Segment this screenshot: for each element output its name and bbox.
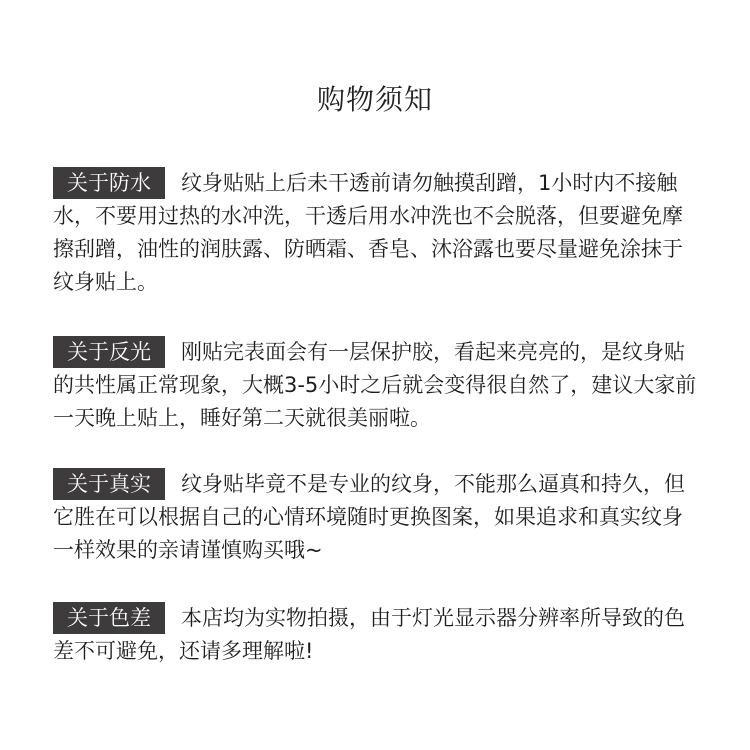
section-label-badge: 关于反光: [53, 336, 165, 368]
section-waterproof: 关于防水纹身贴贴上后未干透前请勿触摸刮蹭，1小时内不接触水，不要用过热的水冲洗，…: [53, 167, 703, 299]
section-reflection: 关于反光刚贴完表面会有一层保护胶，看起来亮亮的，是纹身贴的共性属正常现象，大概3…: [53, 336, 703, 435]
page-title: 购物须知: [0, 78, 750, 118]
section-label-badge: 关于色差: [53, 602, 165, 634]
section-realism: 关于真实纹身贴毕竟不是专业的纹身，不能那么逼真和持久，但它胜在可以根据自己的心情…: [53, 468, 703, 567]
section-label-badge: 关于真实: [53, 468, 165, 500]
section-label-badge: 关于防水: [53, 167, 165, 199]
section-color-difference: 关于色差本店均为实物拍摄，由于灯光显示器分辨率所导致的色差不可避免，还请多理解啦…: [53, 602, 703, 668]
